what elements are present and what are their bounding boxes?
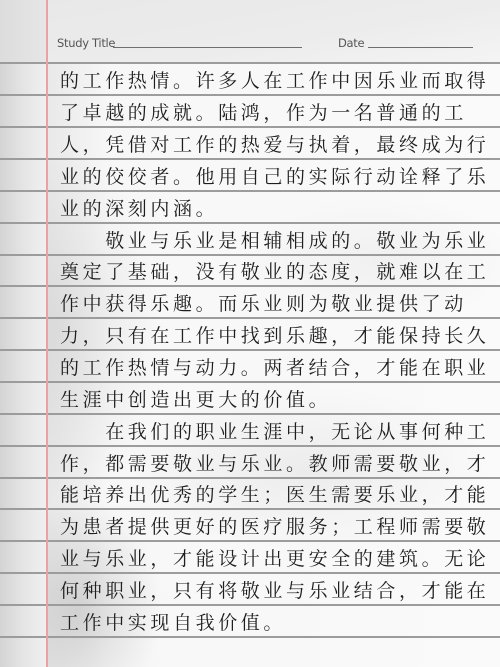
text-line: 敬业与乐业是相辅相成的。敬业为乐业: [60, 223, 500, 255]
text-line: 为患者提供更好的医疗服务；工程师需要敬: [60, 509, 500, 541]
text-line: 的工作热情。许多人在工作中因乐业而取得: [60, 63, 500, 95]
study-title-field[interactable]: [113, 47, 302, 48]
text-line: 了卓越的成就。陆鸿，作为一名普通的工: [60, 95, 500, 127]
text-line: 业的佼佼者。他用自己的实际行动诠释了乐: [60, 159, 500, 191]
study-title-label: Study Title: [57, 36, 115, 50]
text-line: 力，只有在工作中找到乐趣，才能保持长久: [60, 318, 500, 350]
text-line: 奠定了基础，没有敬业的态度，就难以在工: [60, 254, 500, 286]
text-line: 作中获得乐趣。而乐业则为敬业提供了动: [60, 286, 500, 318]
text-line: 能培养出优秀的学生；医生需要乐业，才能: [60, 477, 500, 509]
text-line: 工作中实现自我价值。: [60, 605, 500, 637]
text-line: 作，都需要敬业与乐业。教师需要敬业，才: [60, 446, 500, 478]
date-label: Date: [338, 36, 364, 50]
text-line: 业的深刻内涵。: [60, 191, 500, 223]
text-line: 何种职业，只有将敬业与乐业结合，才能在: [60, 573, 500, 605]
text-line: 业与乐业，才能设计出更安全的建筑。无论: [60, 541, 500, 573]
text-line: 生涯中创造出更大的价值。: [60, 382, 500, 414]
left-margin-shadow: [0, 0, 46, 667]
red-margin-line: [46, 0, 48, 667]
date-field[interactable]: [368, 47, 473, 48]
header-left-shadow: [0, 0, 46, 63]
text-line: 的工作热情与动力。两者结合，才能在职业: [60, 350, 500, 382]
text-line: 在我们的职业生涯中，无论从事何种工: [60, 414, 500, 446]
text-line: 人，凭借对工作的热爱与执着，最终成为行: [60, 127, 500, 159]
lined-paper-sheet: Study Title Date 的工作热情。许多人在工作中因乐业而取得 了卓越…: [0, 0, 500, 667]
header-band: [0, 0, 500, 63]
